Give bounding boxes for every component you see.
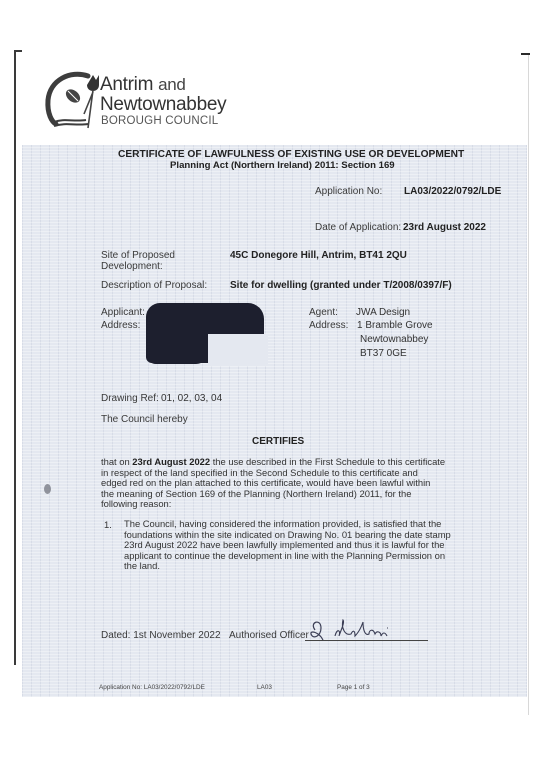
- agent-address-line2: Newtownabbey: [360, 334, 428, 345]
- council-logo-icon: [44, 70, 102, 132]
- certification-paragraph: that on 23rd August 2022 the use describ…: [101, 457, 446, 510]
- redacted-applicant-address: [146, 340, 208, 364]
- footer-code: LA03: [257, 684, 272, 691]
- site-value: 45C Donegore Hill, Antrim, BT41 2QU: [230, 250, 407, 261]
- agent-address-line1: 1 Bramble Grove: [357, 320, 433, 331]
- logo-text-borough-council: BOROUGH COUNCIL: [101, 115, 218, 127]
- description-label: Description of Proposal:: [101, 280, 207, 291]
- applicant-label: Applicant:: [101, 307, 145, 318]
- site-label-line1: Site of Proposed: [101, 250, 175, 261]
- drawing-ref-value: 01, 02, 03, 04: [161, 393, 222, 404]
- logo-text-antrim: Antrim and: [100, 74, 186, 96]
- dated-value: 1st November 2022: [133, 630, 220, 641]
- scan-edge-corner: [14, 50, 22, 52]
- date-of-application-label: Date of Application:: [315, 222, 401, 233]
- agent-address-label: Address:: [309, 320, 348, 331]
- date-of-application-value: 23rd August 2022: [403, 222, 486, 233]
- scan-edge-right: [528, 55, 529, 715]
- signature-icon: [307, 618, 407, 644]
- agent-address-line3: BT37 0GE: [360, 348, 407, 359]
- agent-label: Agent:: [309, 307, 338, 318]
- certifies-heading: CERTIFIES: [252, 436, 304, 447]
- scan-edge-left: [14, 50, 16, 665]
- certificate-title: CERTIFICATE OF LAWFULNESS OF EXISTING US…: [118, 149, 464, 160]
- logo-text-newtownabbey: Newtownabbey: [100, 94, 226, 116]
- footer-application-no: Application No: LA03/2022/0792/LDE: [99, 684, 205, 691]
- reason-number: 1.: [104, 519, 112, 530]
- redaction-edge: [208, 334, 268, 366]
- drawing-ref-label: Drawing Ref:: [101, 393, 159, 404]
- site-label-line2: Development:: [101, 261, 163, 272]
- council-logo: Antrim and Newtownabbey BOROUGH COUNCIL: [44, 70, 234, 130]
- reason-text: The Council, having considered the infor…: [124, 519, 459, 572]
- application-no-label: Application No:: [315, 186, 382, 197]
- agent-value: JWA Design: [356, 307, 410, 318]
- dated-label: Dated: 1st November 2022: [101, 630, 221, 641]
- council-hereby-text: The Council hereby: [101, 414, 188, 425]
- authorised-officer-label: Authorised Officer: [229, 630, 309, 641]
- application-no-value: LA03/2022/0792/LDE: [404, 186, 501, 197]
- description-value: Site for dwelling (granted under T/2008/…: [230, 280, 452, 291]
- certificate-subtitle: Planning Act (Northern Ireland) 2011: Se…: [170, 160, 395, 171]
- footer-page-number: Page 1 of 3: [337, 684, 370, 691]
- scan-smudge: [44, 484, 51, 494]
- applicant-address-label: Address:: [101, 320, 140, 331]
